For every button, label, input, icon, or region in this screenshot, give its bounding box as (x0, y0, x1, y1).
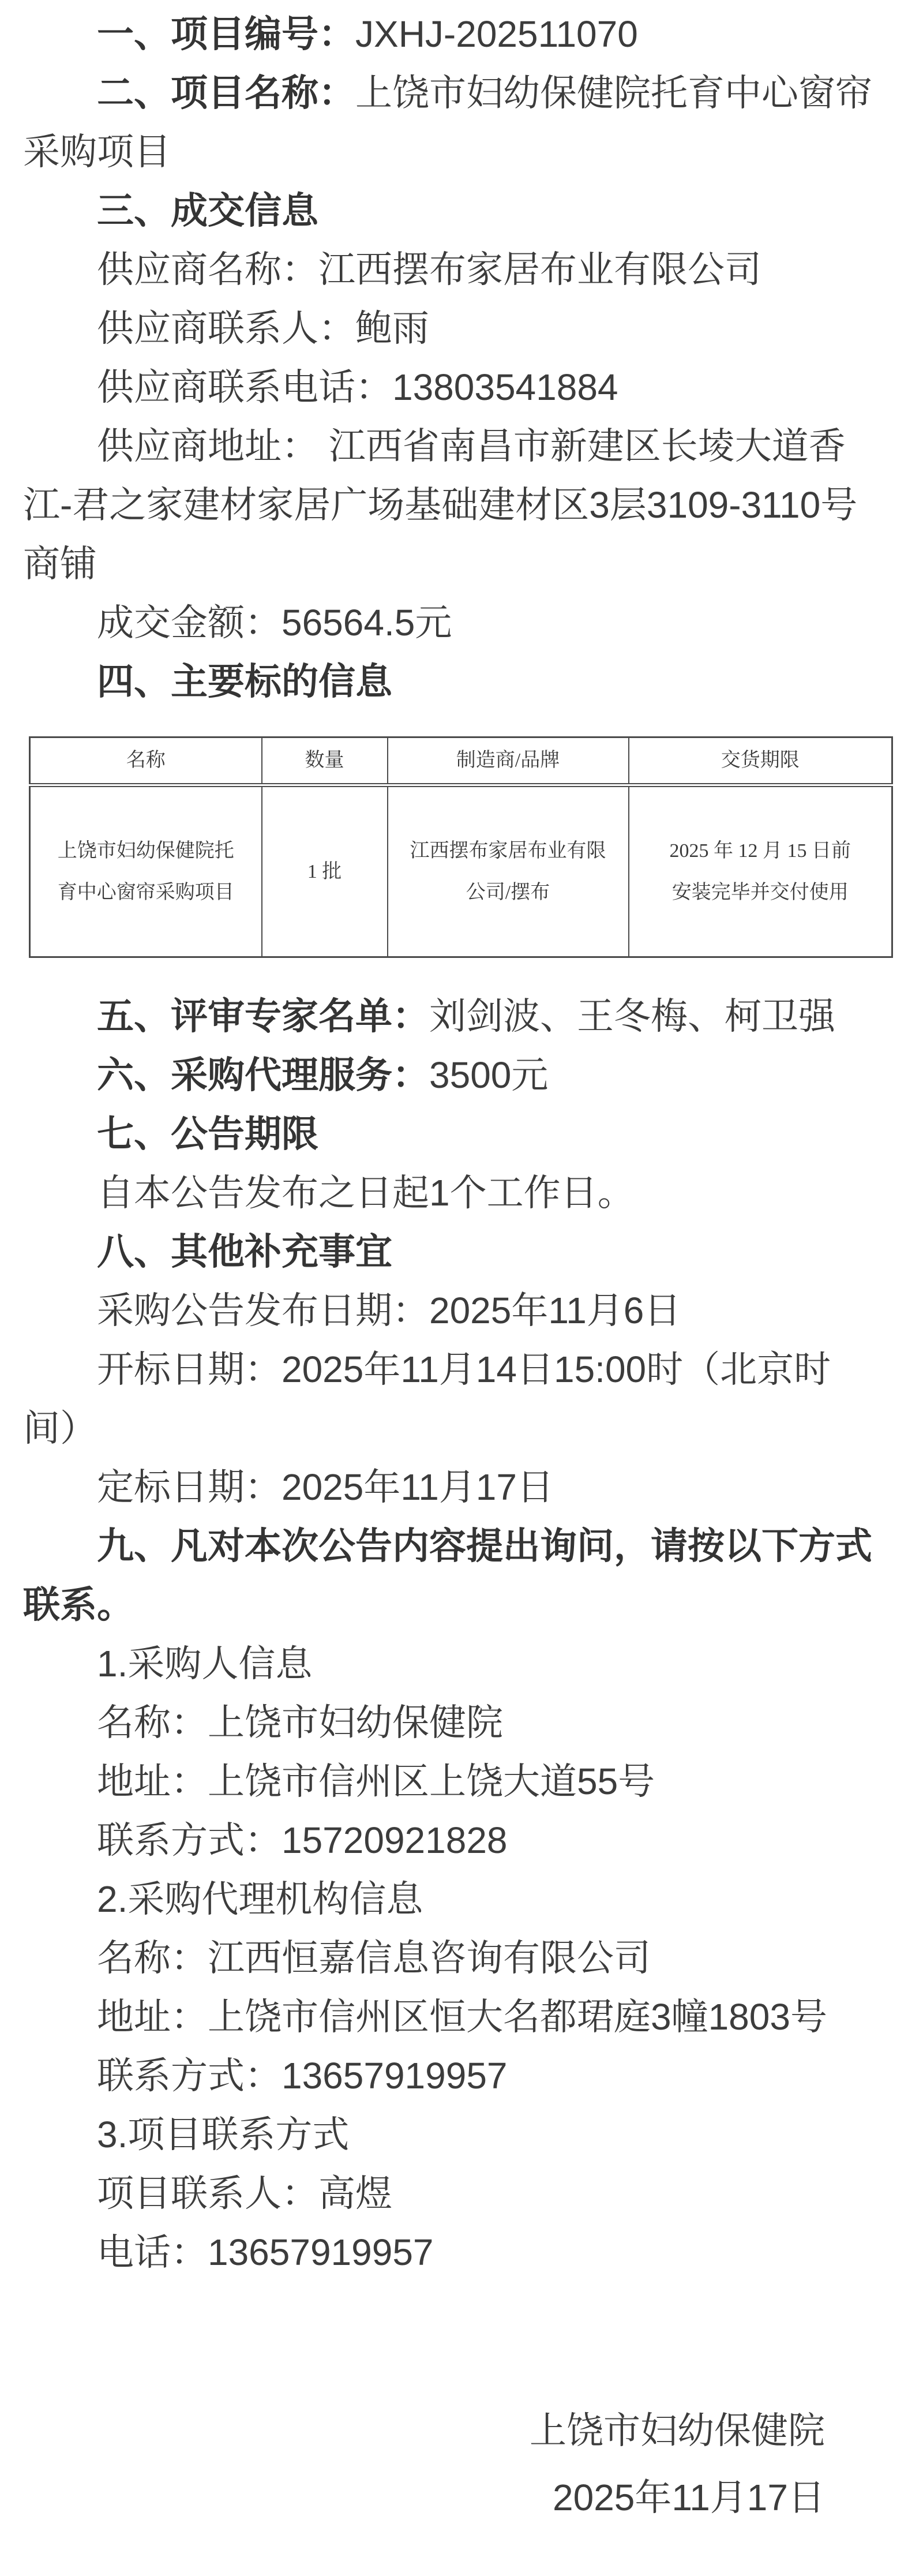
agency-phone-line: 联系方式：13657919957 (23, 2046, 900, 2105)
agency-fee-value: 3500元 (429, 1054, 548, 1096)
table-header-manufacturer: 制造商/品牌 (388, 737, 629, 785)
project-name-label: 二、项目名称： (97, 72, 355, 114)
buyer-address-line: 地址：上饶市信州区上饶大道55号 (23, 1752, 900, 1811)
table-cell-name: 上饶市妇幼保健院托 育中心窗帘采购项目 (30, 785, 262, 957)
bid-open-date-line: 开标日期：2025年11月14日15:00时（北京时 间） (23, 1340, 900, 1458)
supplier-phone-line: 供应商联系电话：13803541884 (23, 358, 900, 417)
buyer-phone-line: 联系方式：15720921828 (23, 1811, 900, 1870)
signature-date: 2025年11月17日 (23, 2464, 825, 2531)
other-matters-heading: 八、其他补充事宜 (23, 1222, 900, 1281)
buyer-section-title: 1.采购人信息 (23, 1634, 900, 1693)
deal-amount-line: 成交金额：56564.5元 (23, 593, 900, 652)
table-header-quantity: 数量 (262, 737, 388, 785)
table-cell-quantity: 1 批 (262, 785, 388, 957)
buyer-name-line: 名称：上饶市妇幼保健院 (23, 1693, 900, 1752)
project-name-line: 二、项目名称：上饶市妇幼保健院托育中心窗帘 采购项目 (23, 63, 900, 181)
table-header-row: 名称 数量 制造商/品牌 交货期限 (30, 737, 892, 785)
project-number-line: 一、项目编号：JXHJ-202511070 (23, 5, 900, 63)
contact-person-line: 项目联系人：高煜 (23, 2164, 900, 2223)
project-number-label: 一、项目编号： (97, 13, 355, 55)
table-cell-delivery: 2025 年 12 月 15 日前 安装完毕并交付使用 (629, 785, 892, 957)
agency-fee-label: 六、采购代理服务： (97, 1054, 429, 1096)
experts-value: 刘剑波、王冬梅、柯卫强 (429, 995, 835, 1037)
project-number-value: JXHJ-202511070 (355, 13, 638, 55)
table-cell-manufacturer: 江西摆布家居布业有限 公司/摆布 (388, 785, 629, 957)
agency-section-title: 2.采购代理机构信息 (23, 1870, 900, 1929)
procurement-announcement-page: 一、项目编号：JXHJ-202511070 二、项目名称：上饶市妇幼保健院托育中… (0, 0, 923, 2576)
subject-info-heading: 四、主要标的信息 (23, 652, 900, 711)
table-row: 上饶市妇幼保健院托 育中心窗帘采购项目 1 批 江西摆布家居布业有限 公司/摆布… (30, 785, 892, 957)
contact-section-title: 3.项目联系方式 (23, 2105, 900, 2164)
notice-period-text: 自本公告发布之日起1个工作日。 (23, 1163, 900, 1222)
experts-line: 五、评审专家名单：刘剑波、王冬梅、柯卫强 (23, 987, 900, 1046)
signature-issuer: 上饶市妇幼保健院 (23, 2397, 825, 2464)
publish-date-line: 采购公告发布日期：2025年11月6日 (23, 1281, 900, 1340)
agency-fee-line: 六、采购代理服务：3500元 (23, 1046, 900, 1104)
table-header-delivery: 交货期限 (629, 737, 892, 785)
agency-name-line: 名称：江西恒嘉信息咨询有限公司 (23, 1929, 900, 1987)
supplier-name-line: 供应商名称：江西摆布家居布业有限公司 (23, 240, 900, 299)
contact-phone-line: 电话：13657919957 (23, 2223, 900, 2282)
subject-info-table: 名称 数量 制造商/品牌 交货期限 上饶市妇幼保健院托 育中心窗帘采购项目 1 … (29, 736, 893, 958)
agency-address-line: 地址：上饶市信州区恒大名都珺庭3幢1803号 (23, 1987, 900, 2046)
experts-label: 五、评审专家名单： (97, 995, 429, 1037)
deal-info-heading: 三、成交信息 (23, 181, 900, 240)
notice-period-heading: 七、公告期限 (23, 1104, 900, 1163)
supplier-contact-line: 供应商联系人：鲍雨 (23, 299, 900, 358)
signature-block: 上饶市妇幼保健院 2025年11月17日 (23, 2397, 900, 2531)
award-date-line: 定标日期：2025年11月17日 (23, 1458, 900, 1517)
inquiry-heading: 九、凡对本次公告内容提出询问，请按以下方式 联系。 (23, 1517, 900, 1634)
table-header-name: 名称 (30, 737, 262, 785)
supplier-address-line: 供应商地址： 江西省南昌市新建区长堎大道香 江-君之家建材家居广场基础建材区3层… (23, 417, 900, 593)
